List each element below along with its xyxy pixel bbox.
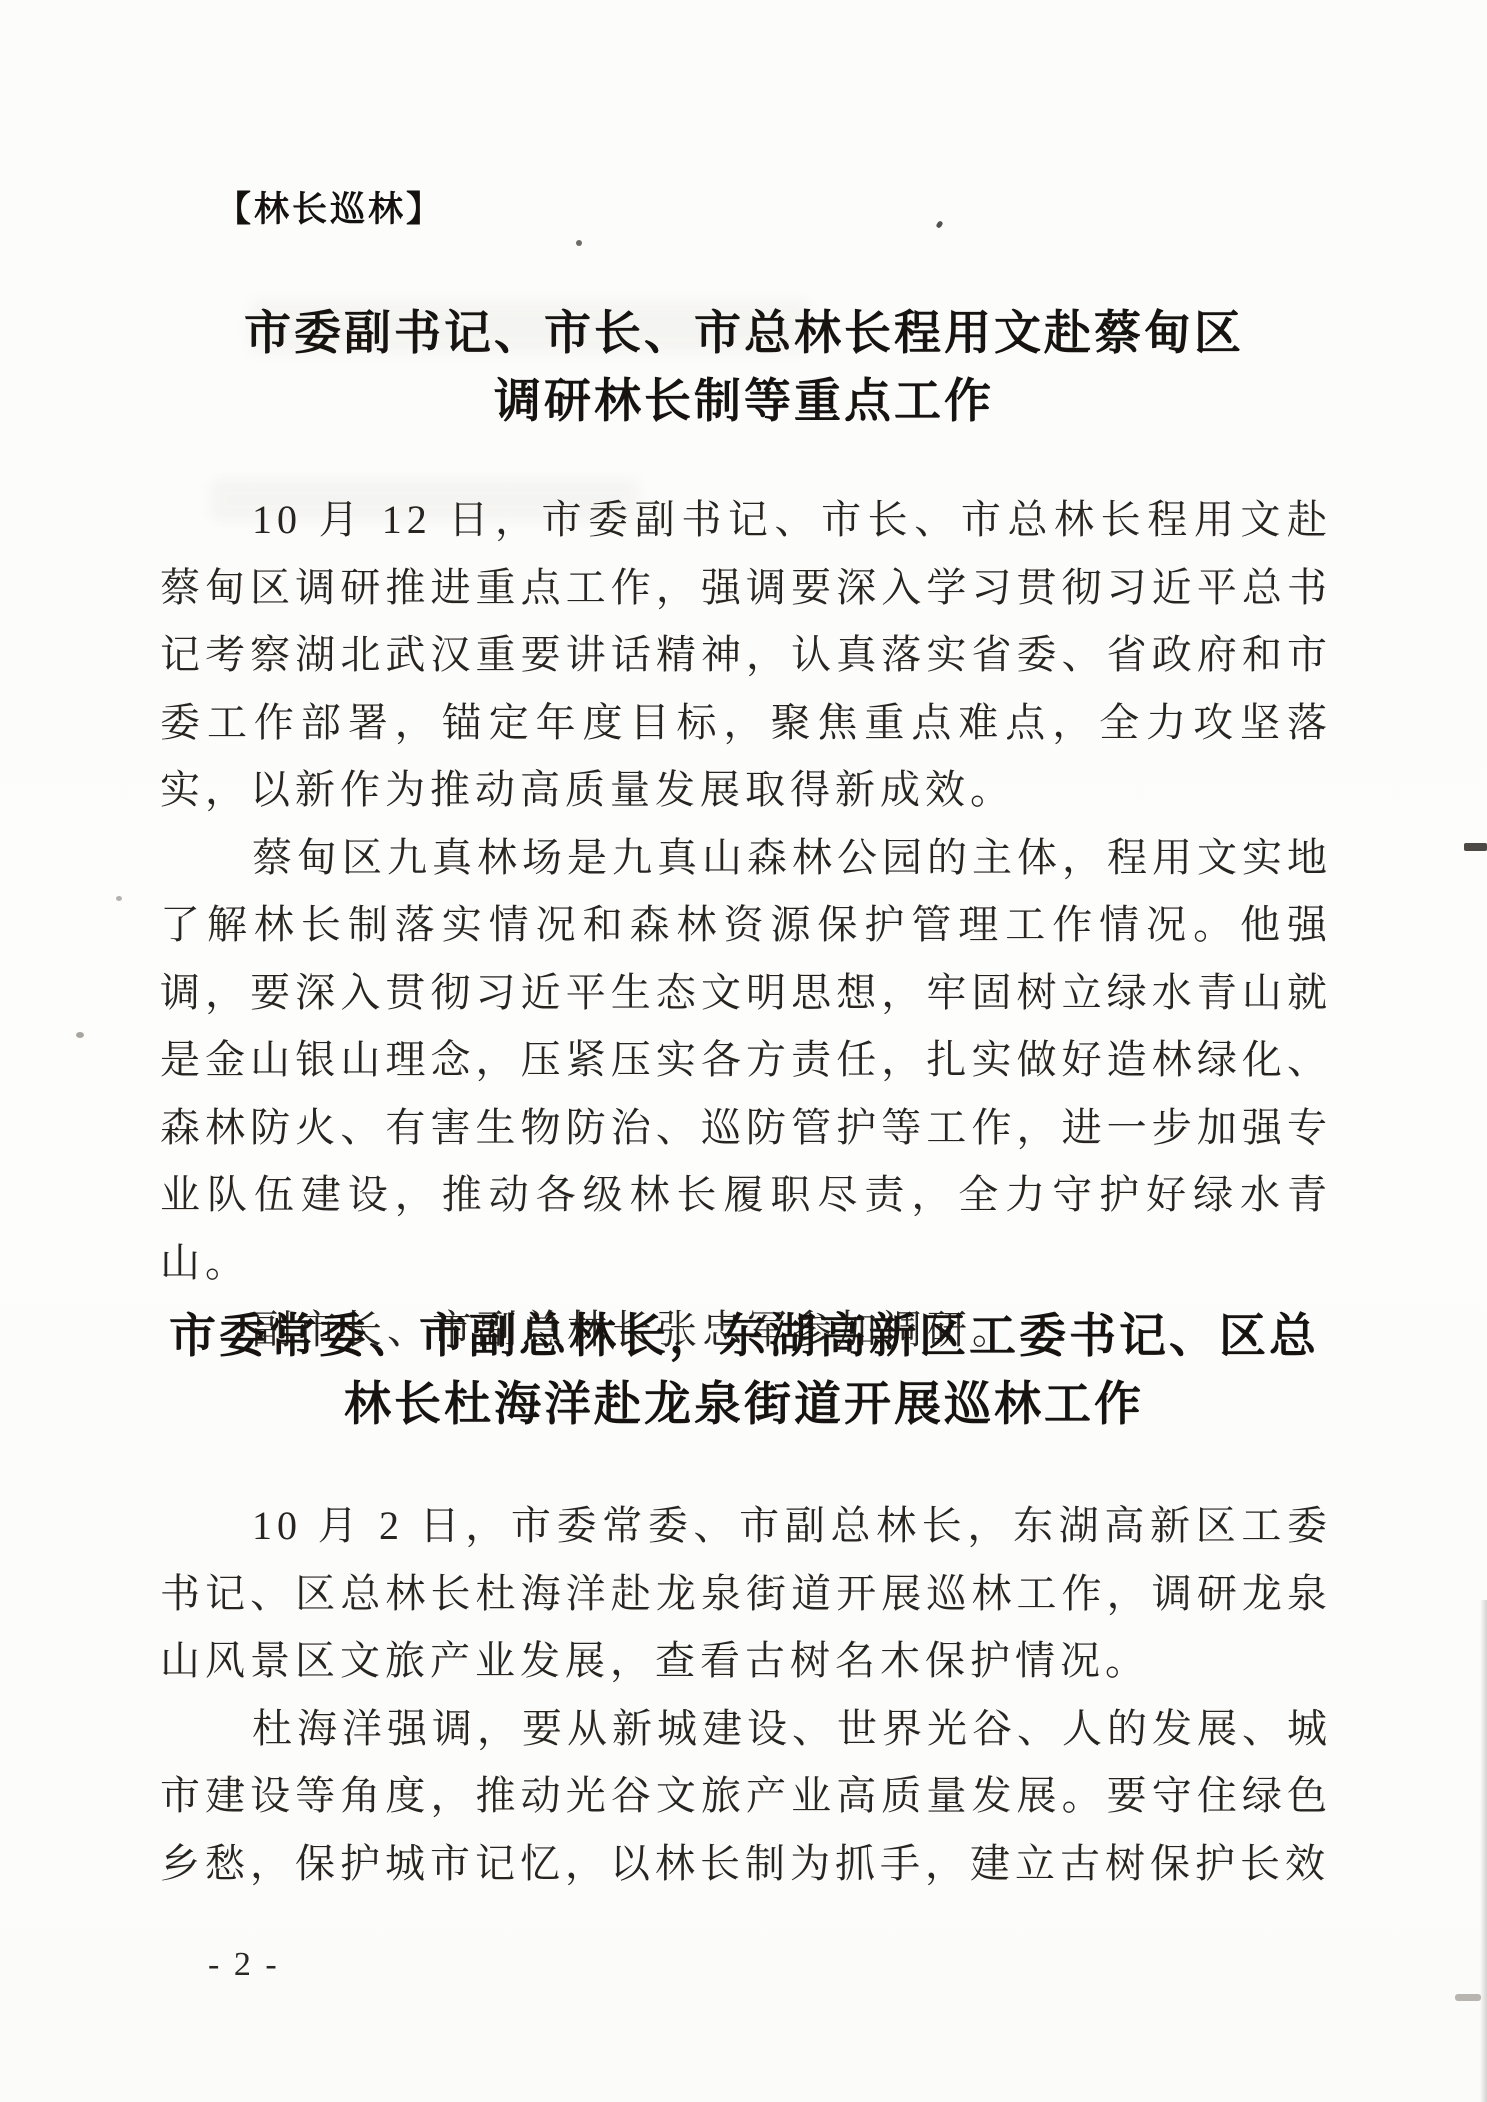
- article1-body: 10 月 12 日，市委副书记、市长、市总林长程用文赴蔡甸区调研推进重点工作，强…: [160, 486, 1332, 1364]
- article1-title-line1: 市委副书记、市长、市总林长程用文赴蔡甸区: [158, 300, 1330, 368]
- scan-speck: [116, 896, 122, 901]
- scan-edge-shadow: [1480, 1600, 1487, 2102]
- scan-speck: [76, 1032, 84, 1038]
- scan-edge-mark: [1455, 1994, 1481, 2001]
- scanned-document-page: 【林长巡林】 市委副书记、市长、市总林长程用文赴蔡甸区 调研林长制等重点工作 1…: [0, 0, 1487, 2102]
- article1-title-line2: 调研林长制等重点工作: [158, 368, 1330, 436]
- section-tag: 【林长巡林】: [216, 182, 444, 232]
- article1-title: 市委副书记、市长、市总林长程用文赴蔡甸区 调研林长制等重点工作: [158, 300, 1330, 436]
- page-number: - 2 -: [208, 1946, 280, 1984]
- article2-paragraph: 杜海洋强调，要从新城建设、世界光谷、人的发展、城市建设等角度，推动光谷文旅产业高…: [160, 1695, 1332, 1898]
- scan-speck: [935, 220, 943, 229]
- article2-title-line1: 市委常委、市副总林长，东湖高新区工委书记、区总: [158, 1303, 1330, 1371]
- scan-speck: [576, 240, 582, 246]
- article1-paragraph: 10 月 12 日，市委副书记、市长、市总林长程用文赴蔡甸区调研推进重点工作，强…: [160, 486, 1332, 824]
- article2-paragraph: 10 月 2 日，市委常委、市副总林长，东湖高新区工委书记、区总林长杜海洋赴龙泉…: [160, 1492, 1332, 1695]
- article2-title: 市委常委、市副总林长，东湖高新区工委书记、区总 林长杜海洋赴龙泉街道开展巡林工作: [158, 1303, 1330, 1439]
- article2-body: 10 月 2 日，市委常委、市副总林长，东湖高新区工委书记、区总林长杜海洋赴龙泉…: [160, 1492, 1332, 1897]
- article2-title-line2: 林长杜海洋赴龙泉街道开展巡林工作: [158, 1371, 1330, 1439]
- article1-paragraph: 蔡甸区九真林场是九真山森林公园的主体，程用文实地了解林长制落实情况和森林资源保护…: [160, 824, 1332, 1297]
- scan-edge-mark: [1464, 843, 1487, 851]
